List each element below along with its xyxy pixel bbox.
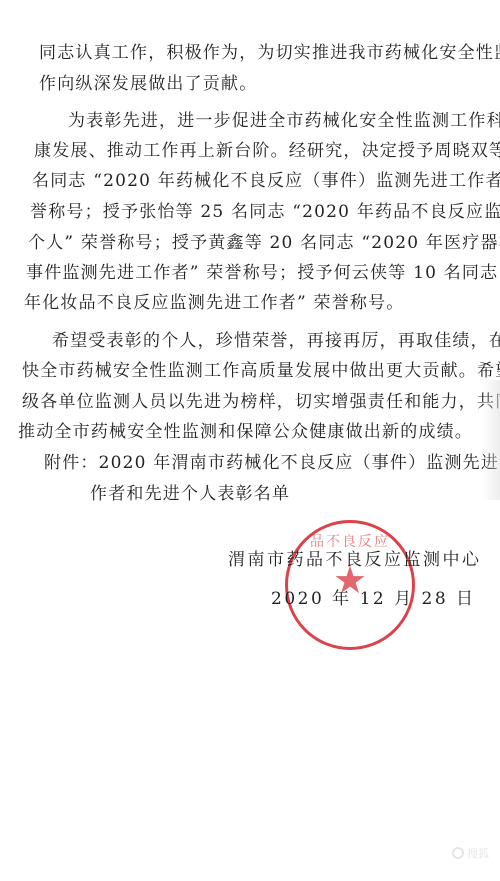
issuing-organization: 渭南市药品不良反应监测中心 — [228, 545, 482, 570]
issue-date: 2020 年 12 月 28 日 — [271, 584, 476, 609]
paragraph2-line: 为表彰先进，进一步促进全市药械化安全性监测工作科学健 — [68, 110, 480, 132]
paragraph2-line: 事件监测先进工作者” 荣誉称号；授予何云侠等 10 名同志 “2020 — [26, 262, 480, 284]
sohu-logo-icon — [452, 847, 464, 859]
attachment-line: 作者和先进个人表彰名单 — [90, 483, 290, 505]
paragraph1-line: 作向纵深发展做出了贡献。 — [39, 73, 257, 95]
watermark-text: 搜狐 — [467, 845, 489, 861]
paragraph1-line: 同志认真工作，积极作为，为切实推进我市药械化安全性监测工 — [39, 42, 480, 64]
paragraph2-line: 康发展、推动工作再上新台阶。经研究，决定授予周晓双等 10 — [34, 140, 480, 162]
page-edge-shadow — [482, 380, 500, 500]
paragraph3-line: 快全市药械安全性监测工作高质量发展中做出更大贡献。希望各 — [22, 360, 480, 382]
paragraph2-line: 名同志 “2020 年药械化不良反应（事件）监测先进工作者” 荣 — [32, 170, 480, 192]
document-page: 同志认真工作，积极作为，为切实推进我市药械化安全性监测工 作向纵深发展做出了贡献… — [0, 0, 500, 881]
watermark: 搜狐 — [452, 845, 489, 861]
attachment-line: 附件：2020 年渭南市药械化不良反应（事件）监测先进工 — [44, 452, 480, 474]
paragraph2-line: 誉称号；授予张怡等 25 名同志 “2020 年药品不良反应监测先进 — [30, 201, 480, 223]
paragraph3-line: 级各单位监测人员以先进为榜样，切实增强责任和能力，共同为 — [22, 391, 480, 413]
paragraph2-line: 个人” 荣誉称号；授予黄鑫等 20 名同志 “2020 年医疗器械不良 — [28, 232, 480, 254]
paragraph3-line: 推动全市药械安全性监测和保障公众健康做出新的成绩。 — [18, 421, 473, 443]
paragraph2-line: 年化妆品不良反应监测先进工作者” 荣誉称号。 — [24, 292, 405, 314]
paragraph3-line: 希望受表彰的个人，珍惜荣誉，再接再厉，再取佳绩，在加 — [52, 330, 480, 352]
